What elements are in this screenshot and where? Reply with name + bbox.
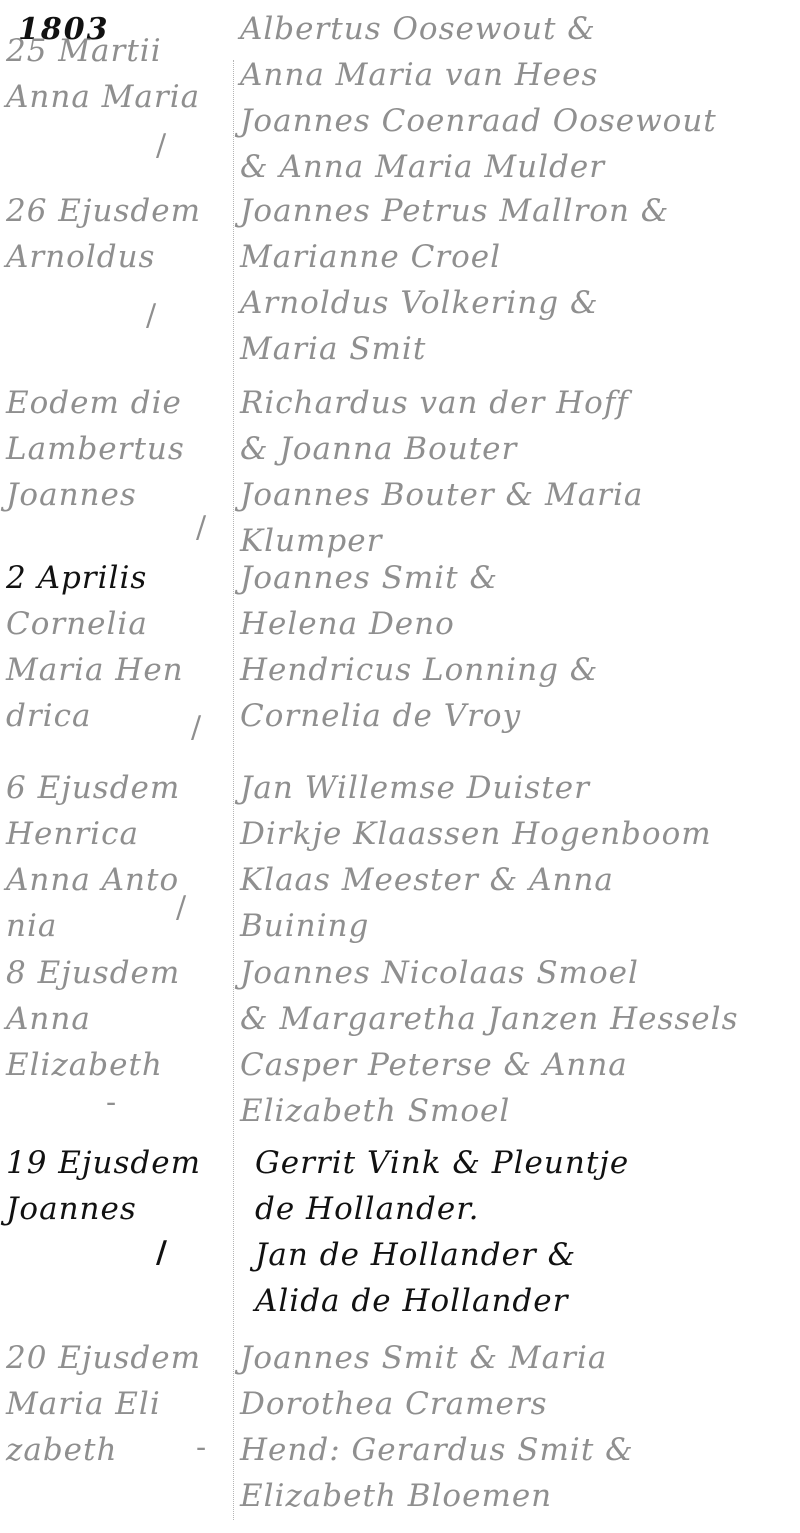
entry-left-column: Eodem die Lambertus Joannes / bbox=[6, 380, 234, 518]
child-name: Maria Eli bbox=[6, 1381, 234, 1427]
child-name: Anna Maria bbox=[6, 74, 234, 120]
child-name: Cornelia bbox=[6, 601, 234, 647]
child-name: Anna bbox=[6, 996, 234, 1042]
child-name: Henrica bbox=[6, 811, 234, 857]
entry-witnesses: Jan Willemse Duister Dirkje Klaassen Hog… bbox=[240, 765, 800, 949]
entry-left-column: 19 Ejusdem Joannes / bbox=[6, 1140, 234, 1232]
witness-line: Helena Deno bbox=[240, 601, 800, 647]
witness-line: Jan de Hollander & bbox=[255, 1232, 800, 1278]
witness-line: & Anna Maria Mulder bbox=[240, 144, 800, 190]
entry-left-column: 8 Ejusdem Anna Elizabeth - bbox=[6, 950, 234, 1088]
child-name: Maria Hen bbox=[6, 647, 234, 693]
entry-date: 26 Ejusdem bbox=[6, 188, 234, 234]
witness-line: Gerrit Vink & Pleuntje bbox=[255, 1140, 800, 1186]
witness-line: Albertus Oosewout & bbox=[240, 6, 800, 52]
witness-line: Richardus van der Hoff bbox=[240, 380, 800, 426]
witness-line: Hend: Gerardus Smit & bbox=[240, 1427, 800, 1473]
entry-mark: / bbox=[191, 710, 201, 745]
witness-line: de Hollander. bbox=[255, 1186, 800, 1232]
entry-date: 6 Ejusdem bbox=[6, 765, 234, 811]
witness-line: Dorothea Cramers bbox=[240, 1381, 800, 1427]
entry-witnesses: Joannes Smit & Maria Dorothea Cramers He… bbox=[240, 1335, 800, 1519]
witness-line: Joannes Bouter & Maria bbox=[240, 472, 800, 518]
witness-line: Anna Maria van Hees bbox=[240, 52, 800, 98]
entry-mark: / bbox=[176, 890, 186, 925]
entry-date: 2 Aprilis bbox=[6, 555, 234, 601]
child-name: Arnoldus bbox=[6, 234, 234, 280]
entry-left-column: 25 Martii Anna Maria / bbox=[6, 28, 234, 120]
witness-line: & Margaretha Janzen Hessels bbox=[240, 996, 800, 1042]
entry-date: 25 Martii bbox=[6, 28, 234, 74]
entry-witnesses: Joannes Petrus Mallron & Marianne Croel … bbox=[240, 188, 800, 372]
witness-line: Alida de Hollander bbox=[255, 1278, 800, 1324]
witness-line: Hendricus Lonning & bbox=[240, 647, 800, 693]
entry-mark: / bbox=[156, 128, 166, 163]
entry-date: 8 Ejusdem bbox=[6, 950, 234, 996]
entry-mark: / bbox=[146, 298, 156, 333]
witness-line: Joannes Coenraad Oosewout bbox=[240, 98, 800, 144]
witness-line: Elizabeth Smoel bbox=[240, 1088, 800, 1134]
witness-line: Maria Smit bbox=[240, 326, 800, 372]
entry-mark: / bbox=[196, 510, 206, 545]
witness-line: Dirkje Klaassen Hogenboom bbox=[240, 811, 800, 857]
witness-line: Klaas Meester & Anna bbox=[240, 857, 800, 903]
entry-witnesses: Gerrit Vink & Pleuntje de Hollander. Jan… bbox=[255, 1140, 800, 1324]
entry-witnesses: Albertus Oosewout & Anna Maria van Hees … bbox=[240, 6, 800, 190]
child-name: nia bbox=[6, 903, 234, 949]
child-name: Elizabeth bbox=[6, 1042, 234, 1088]
witness-line: Jan Willemse Duister bbox=[240, 765, 800, 811]
witness-line: & Joanna Bouter bbox=[240, 426, 800, 472]
entry-left-column: 2 Aprilis Cornelia Maria Hen drica / bbox=[6, 555, 234, 739]
child-name: Lambertus bbox=[6, 426, 234, 472]
entry-mark: - bbox=[106, 1085, 116, 1120]
witness-line: Buining bbox=[240, 903, 800, 949]
entry-witnesses: Richardus van der Hoff & Joanna Bouter J… bbox=[240, 380, 800, 564]
witness-line: Joannes Petrus Mallron & bbox=[240, 188, 800, 234]
entry-date: Eodem die bbox=[6, 380, 234, 426]
entry-left-column: 20 Ejusdem Maria Eli zabeth - bbox=[6, 1335, 234, 1473]
child-name: Anna Anto bbox=[6, 857, 234, 903]
witness-line: Joannes Smit & Maria bbox=[240, 1335, 800, 1381]
witness-line: Casper Peterse & Anna bbox=[240, 1042, 800, 1088]
witness-line: Cornelia de Vroy bbox=[240, 693, 800, 739]
baptism-register-page: 1803 25 Martii Anna Maria / Albertus Oos… bbox=[0, 0, 800, 1533]
child-name: Joannes bbox=[6, 1186, 234, 1232]
witness-line: Arnoldus Volkering & bbox=[240, 280, 800, 326]
entry-mark: - bbox=[196, 1430, 206, 1465]
witness-line: Joannes Smit & bbox=[240, 555, 800, 601]
entry-mark: / bbox=[156, 1235, 167, 1270]
entry-left-column: 6 Ejusdem Henrica Anna Anto nia / bbox=[6, 765, 234, 949]
entry-date: 20 Ejusdem bbox=[6, 1335, 234, 1381]
witness-line: Marianne Croel bbox=[240, 234, 800, 280]
entry-witnesses: Joannes Smit & Helena Deno Hendricus Lon… bbox=[240, 555, 800, 739]
witness-line: Elizabeth Bloemen bbox=[240, 1473, 800, 1519]
witness-line: Joannes Nicolaas Smoel bbox=[240, 950, 800, 996]
entry-left-column: 26 Ejusdem Arnoldus / bbox=[6, 188, 234, 280]
entry-witnesses: Joannes Nicolaas Smoel & Margaretha Janz… bbox=[240, 950, 800, 1134]
entry-date: 19 Ejusdem bbox=[6, 1140, 234, 1186]
